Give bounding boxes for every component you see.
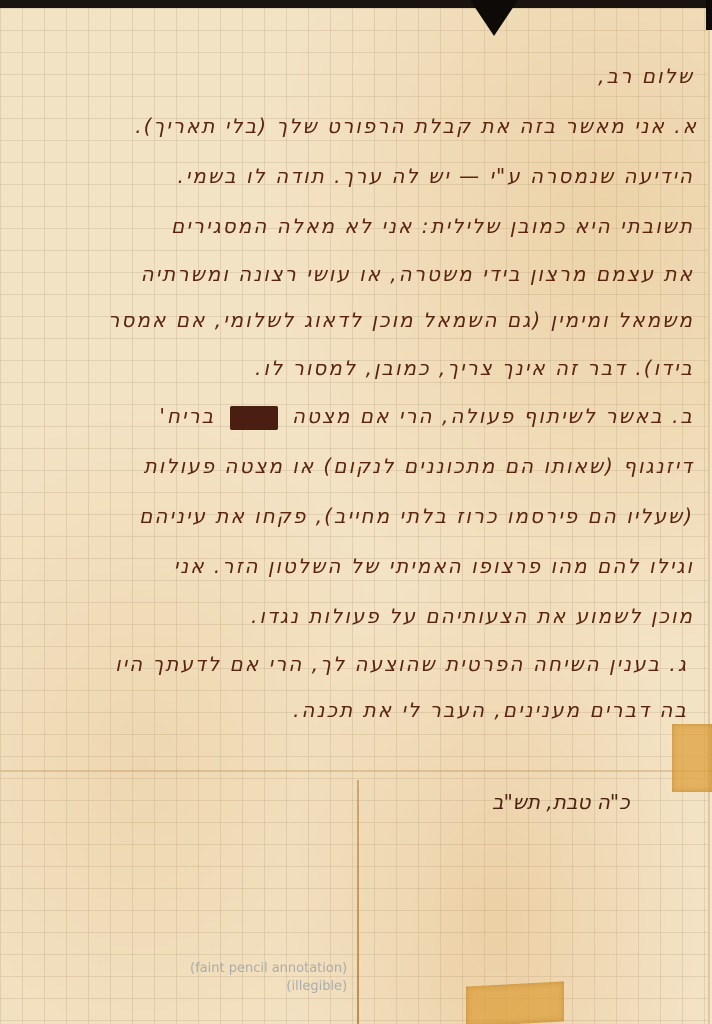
scan-border	[706, 0, 712, 30]
greeting: שלום רב,	[598, 64, 694, 88]
letter-line-7-text: ב. באשר לשיתוף פעולה, הרי אם מצטה	[292, 404, 694, 428]
letter-line-12: ג. בענין השיחה הפרטית שהוצעה לך, הרי אם …	[115, 652, 688, 676]
date-signoff: כ"ה טבת, תש"ב	[492, 790, 630, 814]
letter-line-8: דיזנגוף (שאותו הם מתכוננים לנקום) או מצט…	[144, 454, 694, 478]
letter-line-4: את עצמם מרצון בידי משטרה, או עושי רצונה …	[141, 262, 694, 286]
tear-notch	[470, 0, 518, 36]
letter-line-7-suffix: בריח'	[159, 404, 215, 428]
document-page: שלום רב, א. אני מאשר בזה את קבלת הרפורט …	[0, 0, 712, 1024]
fold-crease-vertical	[357, 780, 359, 1024]
letter-line-1: א. אני מאשר בזה את קבלת הרפורט שלך (בלי …	[135, 114, 698, 138]
letter-line-5: משמאל ומימין (גם השמאל מוכן לדאוג לשלומי…	[108, 308, 694, 332]
tape-residue-bottom	[466, 981, 564, 1024]
pencil-annotation: (faint pencil annotation) (illegible)	[190, 960, 347, 996]
letter-line-11: מוכן לשמוע את הצעותיהם על פעולות נגדו.	[251, 604, 694, 628]
tape-residue-right	[672, 724, 712, 792]
letter-line-9: (שעליו הם פירסמו כרוז בלתי מחייב), פקחו …	[139, 504, 694, 528]
letter-line-7: ב. באשר לשיתוף פעולה, הרי אם מצטה בריח'	[159, 404, 694, 430]
letter-line-13: בה דברים מענינים, העבר לי את תכנה.	[293, 698, 688, 722]
letter-line-10: וגילו להם מהו פרצופו האמיתי של השלטון הז…	[174, 554, 694, 578]
pencil-annotation-line-2: (illegible)	[190, 978, 347, 996]
letter-line-3: תשובתי היא כמובן שלילית: אני לא מאלה המס…	[171, 214, 694, 238]
letter-line-6: בידו). דבר זה אינך צריך, כמובן, למסור לו…	[255, 356, 694, 380]
letter-line-2: הידיעה שנמסרה ע"י — יש לה ערך. תודה לו ב…	[177, 164, 694, 188]
fold-crease-horizontal	[0, 770, 712, 772]
pencil-annotation-line-1: (faint pencil annotation)	[190, 960, 347, 978]
redaction-block	[230, 406, 278, 430]
torn-top-edge	[0, 0, 712, 8]
